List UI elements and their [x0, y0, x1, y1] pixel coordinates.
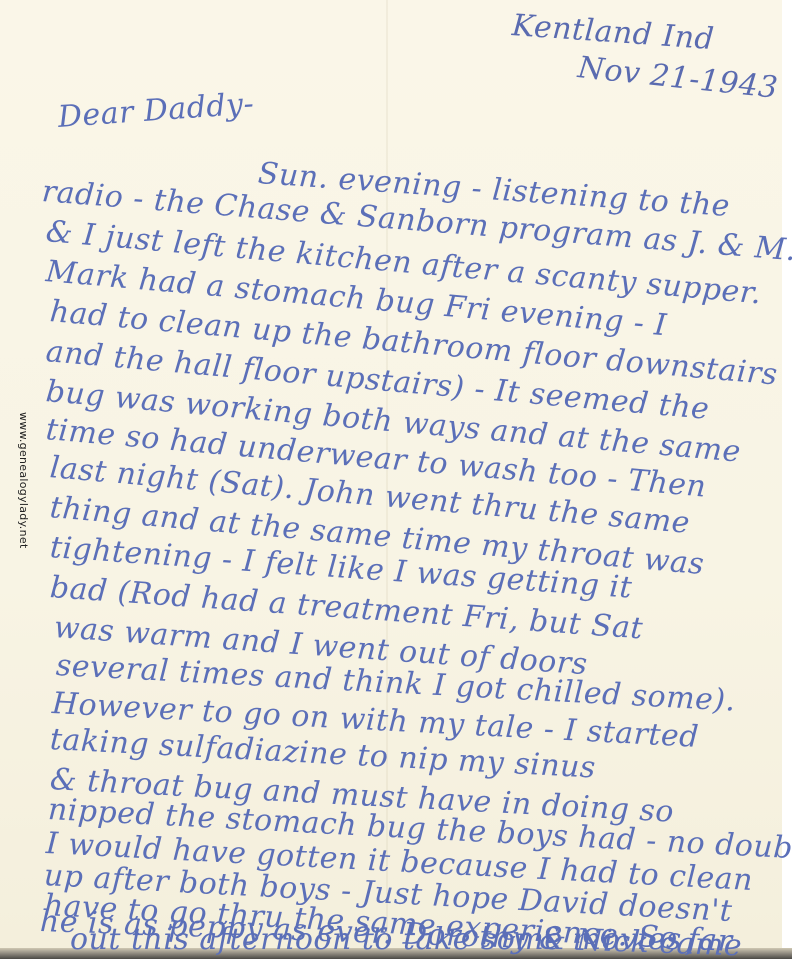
watermark-url: www.genealogylady.net [17, 412, 30, 549]
scan-margin-right [782, 0, 792, 959]
letter-line: out this afternoon to take some movies [70, 922, 682, 957]
